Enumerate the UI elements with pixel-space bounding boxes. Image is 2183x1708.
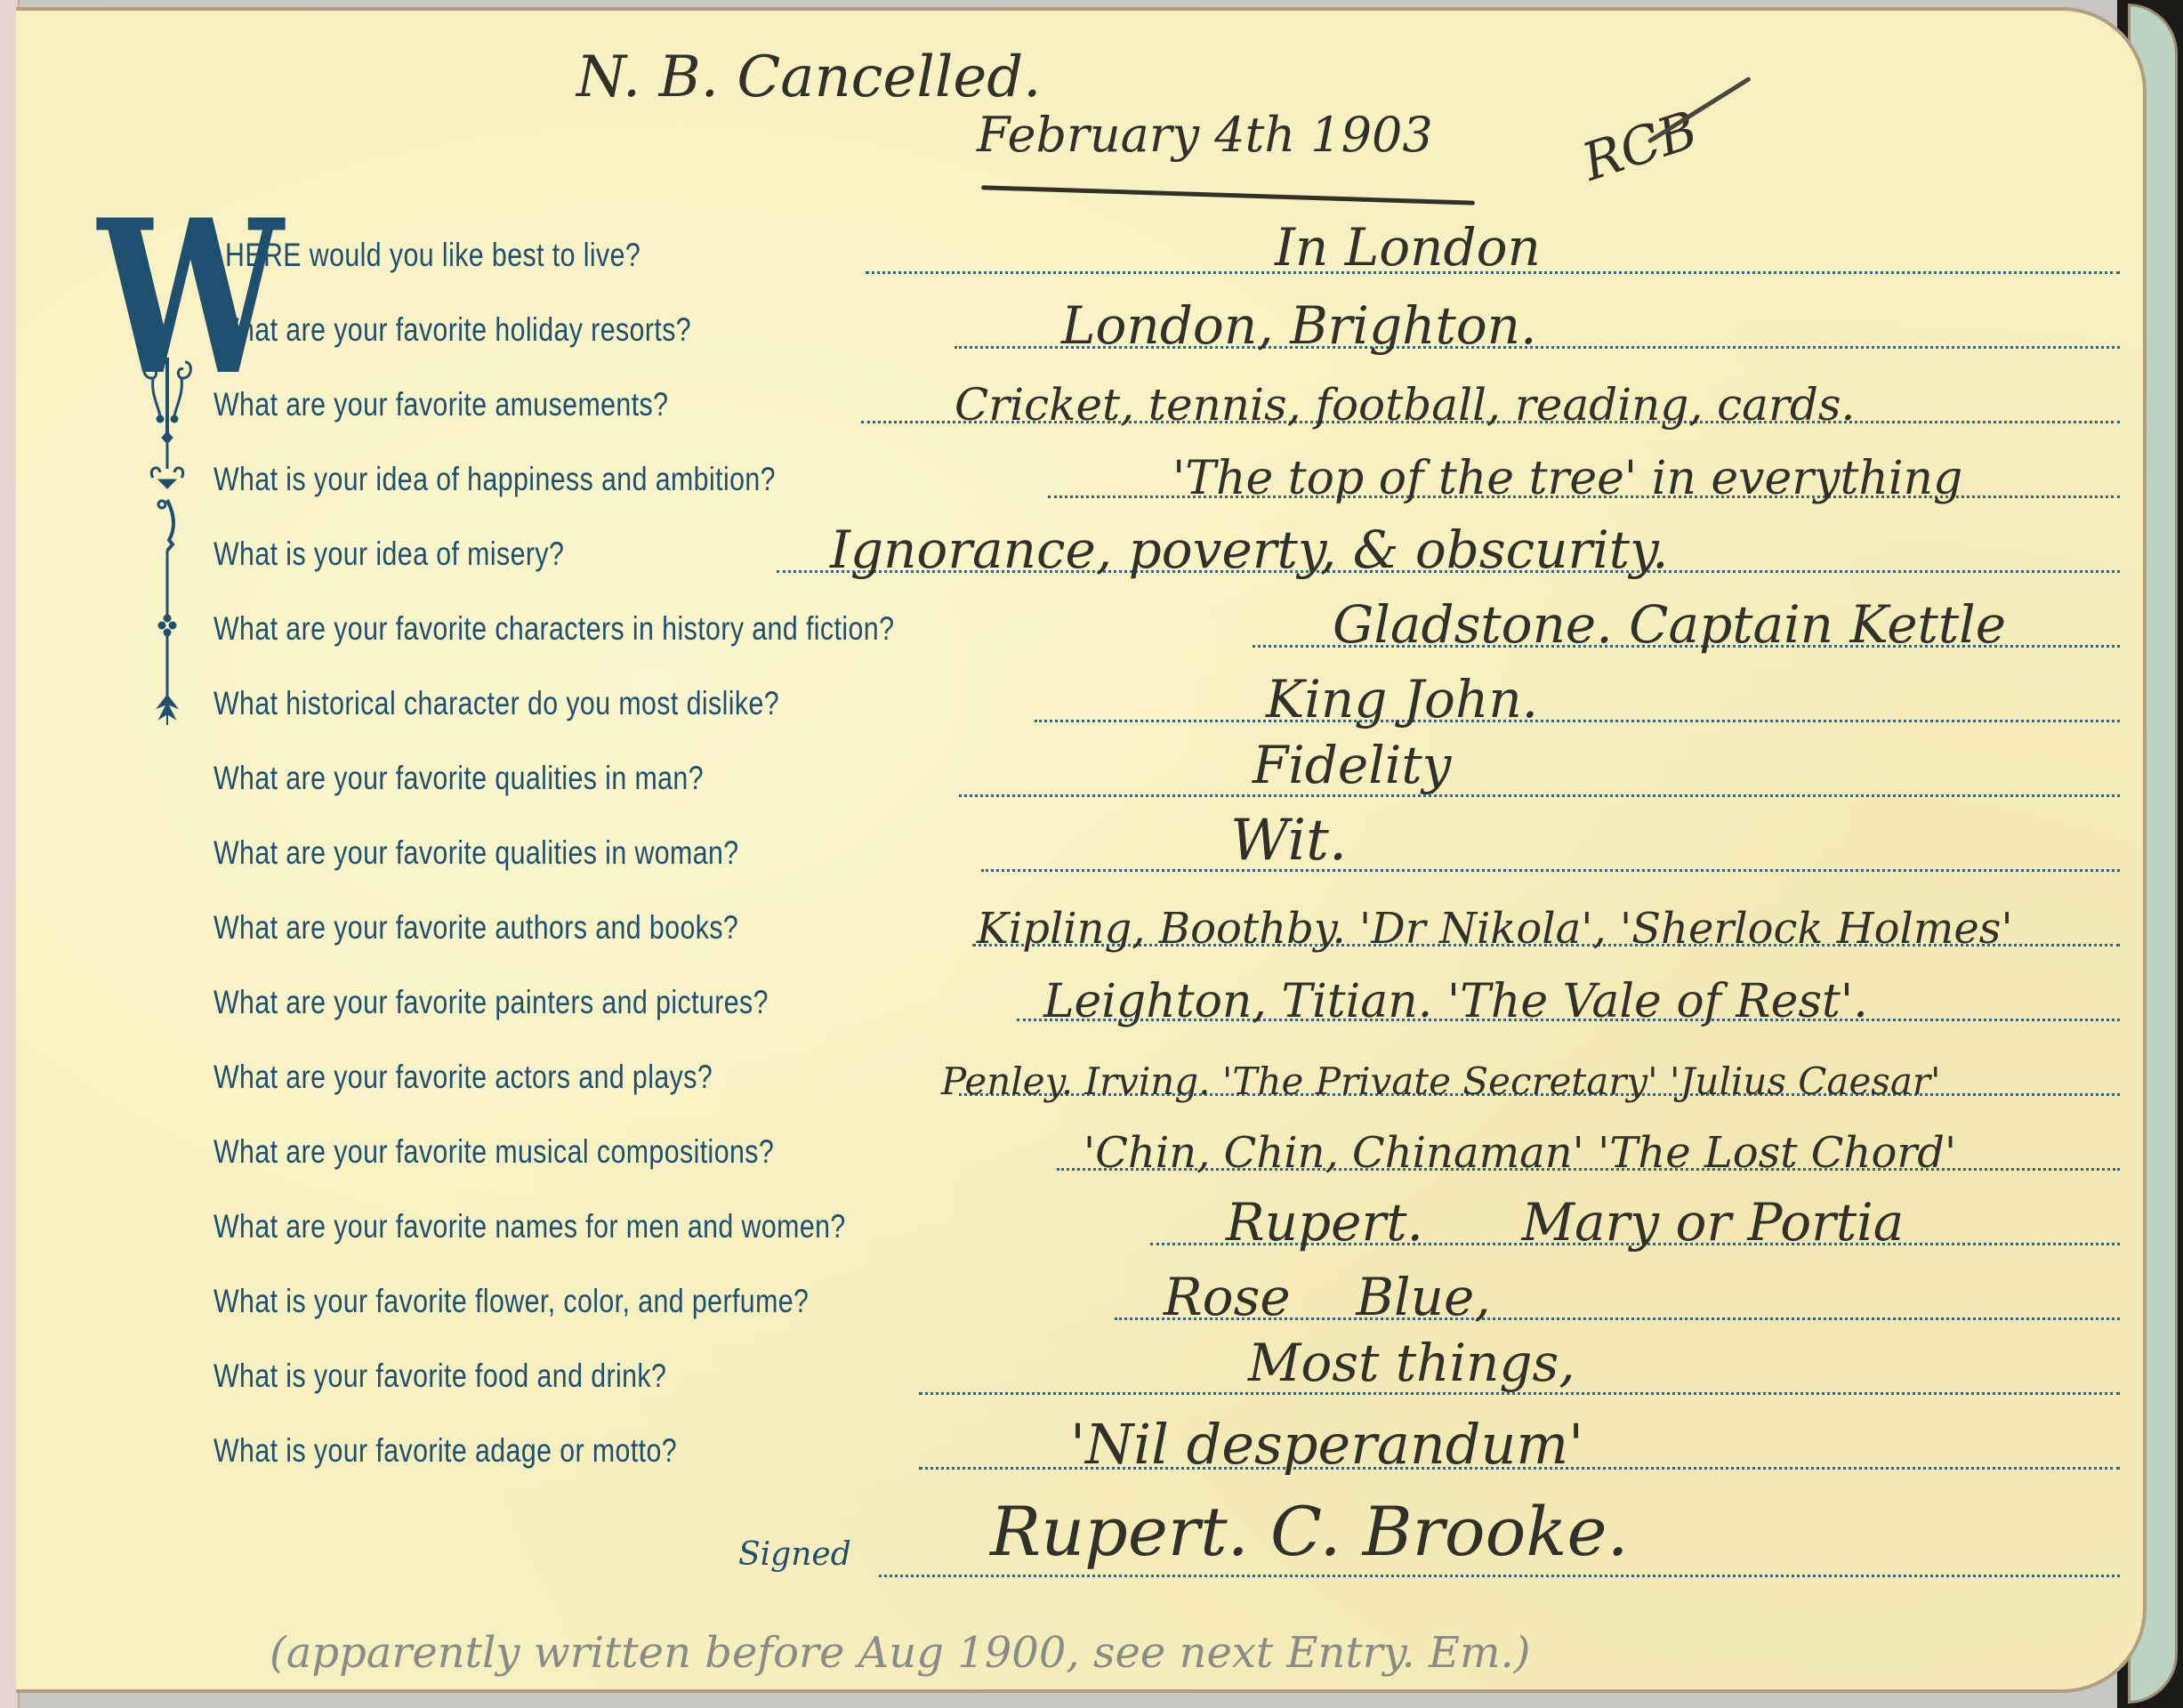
answer-text: Wit. xyxy=(1230,808,1347,874)
answer-text: Kipling, Boothby. 'Dr Nikola', 'Sherlock… xyxy=(977,904,2013,954)
question-text: What are your favorite actors and plays? xyxy=(213,1059,713,1096)
answer-text: 'Nil desperandum' xyxy=(1070,1412,1583,1477)
answer-text: 'Chin, Chin, Chinaman' 'The Lost Chord' xyxy=(1083,1128,1956,1178)
monogram: RCB xyxy=(1575,99,1704,192)
question-row: What are your favorite qualities in woma… xyxy=(16,820,2147,882)
question-row: What are your favorite holiday resorts? … xyxy=(16,297,2147,359)
question-text: What are your favorite holiday resorts? xyxy=(213,311,691,349)
answer-text: 'The top of the tree' in everything xyxy=(1172,452,1962,505)
answer-text: Rupert. Mary or Portia xyxy=(1226,1192,1904,1253)
question-row: What are your favorite authors and books… xyxy=(16,895,2147,957)
question-row: What is your favorite adage or motto? 'N… xyxy=(16,1418,2147,1480)
entry-date: February 4th 1903 xyxy=(977,107,1433,163)
question-text: What is your favorite food and drink? xyxy=(213,1358,666,1395)
question-text: What is your idea of misery? xyxy=(213,536,564,573)
question-text: What is your favorite flower, color, and… xyxy=(213,1283,809,1320)
question-row: What is your idea of happiness and ambit… xyxy=(16,447,2147,509)
question-text: What is your idea of happiness and ambit… xyxy=(213,461,776,498)
answer-text: Cricket, tennis, football, reading, card… xyxy=(955,379,1855,431)
question-row: What is your favorite food and drink? Mo… xyxy=(16,1343,2147,1406)
signature-name: Rupert. C. Brooke. xyxy=(990,1492,1629,1571)
question-text: What are your favorite qualities in woma… xyxy=(213,834,739,872)
question-text: HERE would you like best to live? xyxy=(225,237,640,274)
question-row: HERE would you like best to live? In Lon… xyxy=(16,222,2147,285)
question-text: What are your favorite painters and pict… xyxy=(213,984,769,1021)
question-text: What are your favorite qualities in man? xyxy=(213,760,704,797)
answer-text: Most things, xyxy=(1248,1333,1575,1393)
question-row: What is your idea of misery? Ignorance, … xyxy=(16,521,2147,584)
question-text: What are your favorite amusements? xyxy=(213,386,668,423)
signature-line xyxy=(879,1575,2120,1577)
answer-line xyxy=(959,794,2120,797)
question-text: What are your favorite authors and books… xyxy=(213,909,738,947)
answer-text: Ignorance, poverty, & obscurity. xyxy=(830,520,1669,580)
date-underline xyxy=(981,185,1475,205)
question-row: What are your favorite characters in his… xyxy=(16,596,2147,658)
answer-text: Gladstone. Captain Kettle xyxy=(1333,594,2006,655)
question-row: What are your favorite amusements? Crick… xyxy=(16,372,2147,434)
question-row: What are your favorite musical compositi… xyxy=(16,1119,2147,1181)
answer-text: Penley. Irving. 'The Private Secretary' … xyxy=(941,1059,1941,1103)
question-text: What are your favorite characters in his… xyxy=(213,610,894,648)
answer-text: Rose Blue, xyxy=(1164,1267,1491,1327)
question-row: What are your favorite qualities in man?… xyxy=(16,745,2147,808)
answer-text: London, Brighton. xyxy=(1061,295,1536,356)
answer-text: Fidelity xyxy=(1253,735,1451,795)
answer-text: Leighton, Titian. 'The Vale of Rest'. xyxy=(1043,975,1868,1028)
answer-text: King John. xyxy=(1266,669,1538,729)
question-row: What are your favorite names for men and… xyxy=(16,1194,2147,1256)
question-text: What historical character do you most di… xyxy=(213,685,779,722)
answer-line xyxy=(1035,720,2120,722)
answer-text: In London xyxy=(1275,217,1541,278)
question-row: What are your favorite painters and pict… xyxy=(16,970,2147,1032)
question-row: What historical character do you most di… xyxy=(16,671,2147,733)
question-text: What are your favorite musical compositi… xyxy=(213,1133,774,1171)
question-text: What are your favorite names for men and… xyxy=(213,1208,846,1245)
question-row: What are your favorite actors and plays?… xyxy=(16,1044,2147,1107)
question-row: What is your favorite flower, color, and… xyxy=(16,1269,2147,1331)
cancelled-note: N. B. Cancelled. xyxy=(576,44,1042,110)
pencil-note: (apparently written before Aug 1900, see… xyxy=(270,1628,1531,1678)
answer-line xyxy=(981,869,2120,872)
question-text: What is your favorite adage or motto? xyxy=(213,1432,677,1470)
album-page: N. B. Cancelled. February 4th 1903 RCB W… xyxy=(16,7,2147,1693)
signed-label: Signed xyxy=(738,1536,851,1573)
